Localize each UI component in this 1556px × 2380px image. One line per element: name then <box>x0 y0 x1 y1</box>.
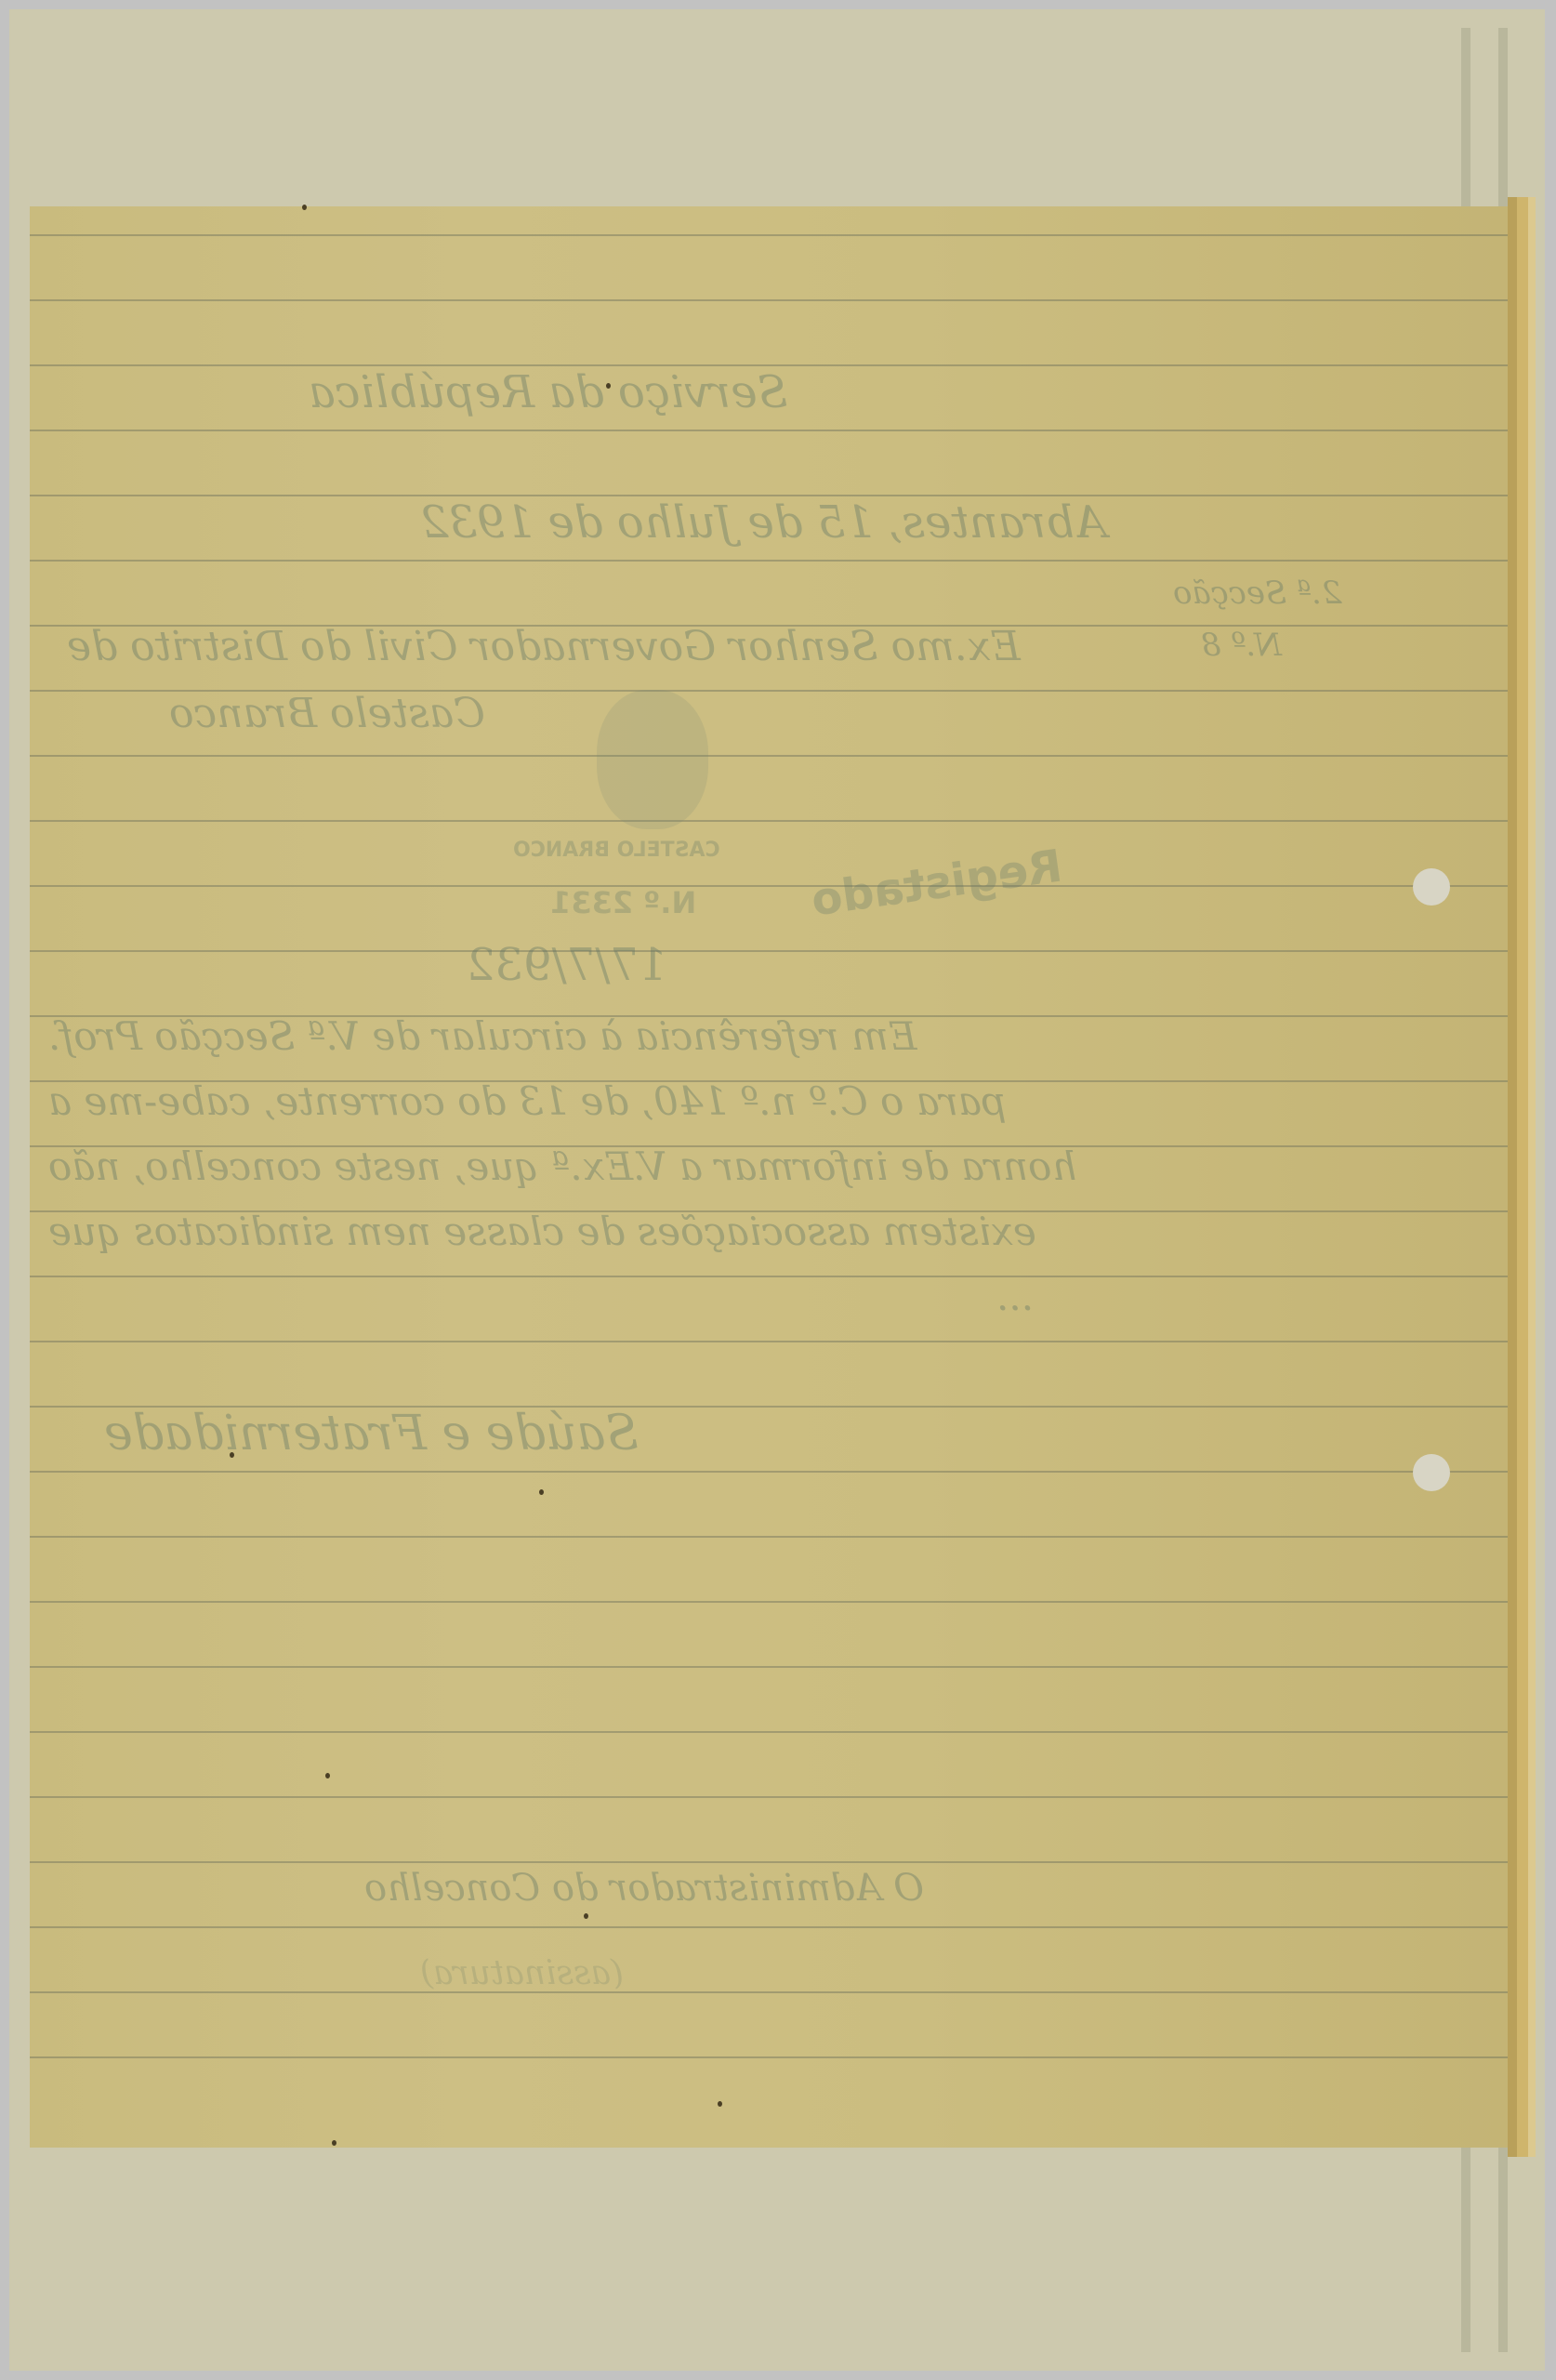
paper-edge <box>1508 197 1517 2157</box>
margin-ref-section: 2.ª Secção <box>1173 575 1342 612</box>
ruled-paper-sheet: Serviço da República Abrantes, 15 de Jul… <box>30 206 1508 2148</box>
ruled-line <box>30 234 1508 236</box>
body-line-2: para o C.º n.º 140, de 13 do corrente, c… <box>48 1078 1007 1124</box>
ink-speck <box>332 2140 336 2146</box>
ink-speck <box>230 1452 234 1458</box>
ruled-line <box>30 560 1508 562</box>
ruled-line <box>30 1926 1508 1928</box>
paper-edge <box>1528 197 1536 2157</box>
ruled-line <box>30 2056 1508 2058</box>
body-line-1: Em referência à circular de V.ª Secção P… <box>48 1013 917 1059</box>
ruled-line <box>30 1341 1508 1342</box>
ink-speck <box>606 383 611 389</box>
ruled-line <box>30 885 1508 887</box>
margin-ref-number: N.º 8 <box>1201 627 1282 664</box>
stamp-number: N.º 2331 <box>550 885 696 920</box>
ruled-line <box>30 1796 1508 1798</box>
ruled-line <box>30 950 1508 952</box>
stamp-label: Registado <box>808 840 1065 926</box>
ink-speck <box>325 1773 330 1778</box>
body-line-5: ... <box>996 1274 1034 1319</box>
header-line-1: Serviço da República <box>309 366 787 418</box>
header-line-2: Abrantes, 15 de Julho de 1932 <box>420 496 1107 549</box>
signature: (assinatura) <box>420 1954 624 1992</box>
punch-hole <box>1413 1454 1450 1491</box>
addressee-line-1: Ex.mo Senhor Governador Civil do Distrit… <box>67 623 1021 670</box>
punch-hole <box>1413 868 1450 906</box>
ruled-line <box>30 1276 1508 1277</box>
addressee-line-2: Castelo Branco <box>169 690 485 737</box>
signature-title: O Administrador do Concelho <box>364 1867 924 1910</box>
ruled-line <box>30 1536 1508 1538</box>
body-line-3: honra de informar a V.Ex.ª que, neste co… <box>48 1144 1076 1189</box>
ruled-line <box>30 755 1508 757</box>
ruled-line <box>30 1861 1508 1863</box>
closing: Saúde e Fraternidade <box>104 1406 639 1461</box>
stamp-place: CASTELO BRANCO <box>513 839 720 862</box>
body-line-4: existem associações de classe nem sindic… <box>48 1209 1036 1254</box>
stamp-date: 17/7/932 <box>467 939 667 991</box>
ruled-line <box>30 1731 1508 1733</box>
paper-edge <box>1517 197 1528 2157</box>
ruled-line <box>30 430 1508 431</box>
ink-speck <box>302 205 307 210</box>
ruled-line <box>30 820 1508 822</box>
ruled-line <box>30 299 1508 301</box>
ink-speck <box>584 1913 588 1919</box>
ruled-line <box>30 1601 1508 1603</box>
ink-speck <box>539 1489 544 1495</box>
ruled-line <box>30 1471 1508 1473</box>
coat-of-arms-stamp <box>597 690 708 829</box>
ink-speck <box>718 2101 722 2107</box>
ruled-line <box>30 1991 1508 1993</box>
ruled-line <box>30 1666 1508 1668</box>
